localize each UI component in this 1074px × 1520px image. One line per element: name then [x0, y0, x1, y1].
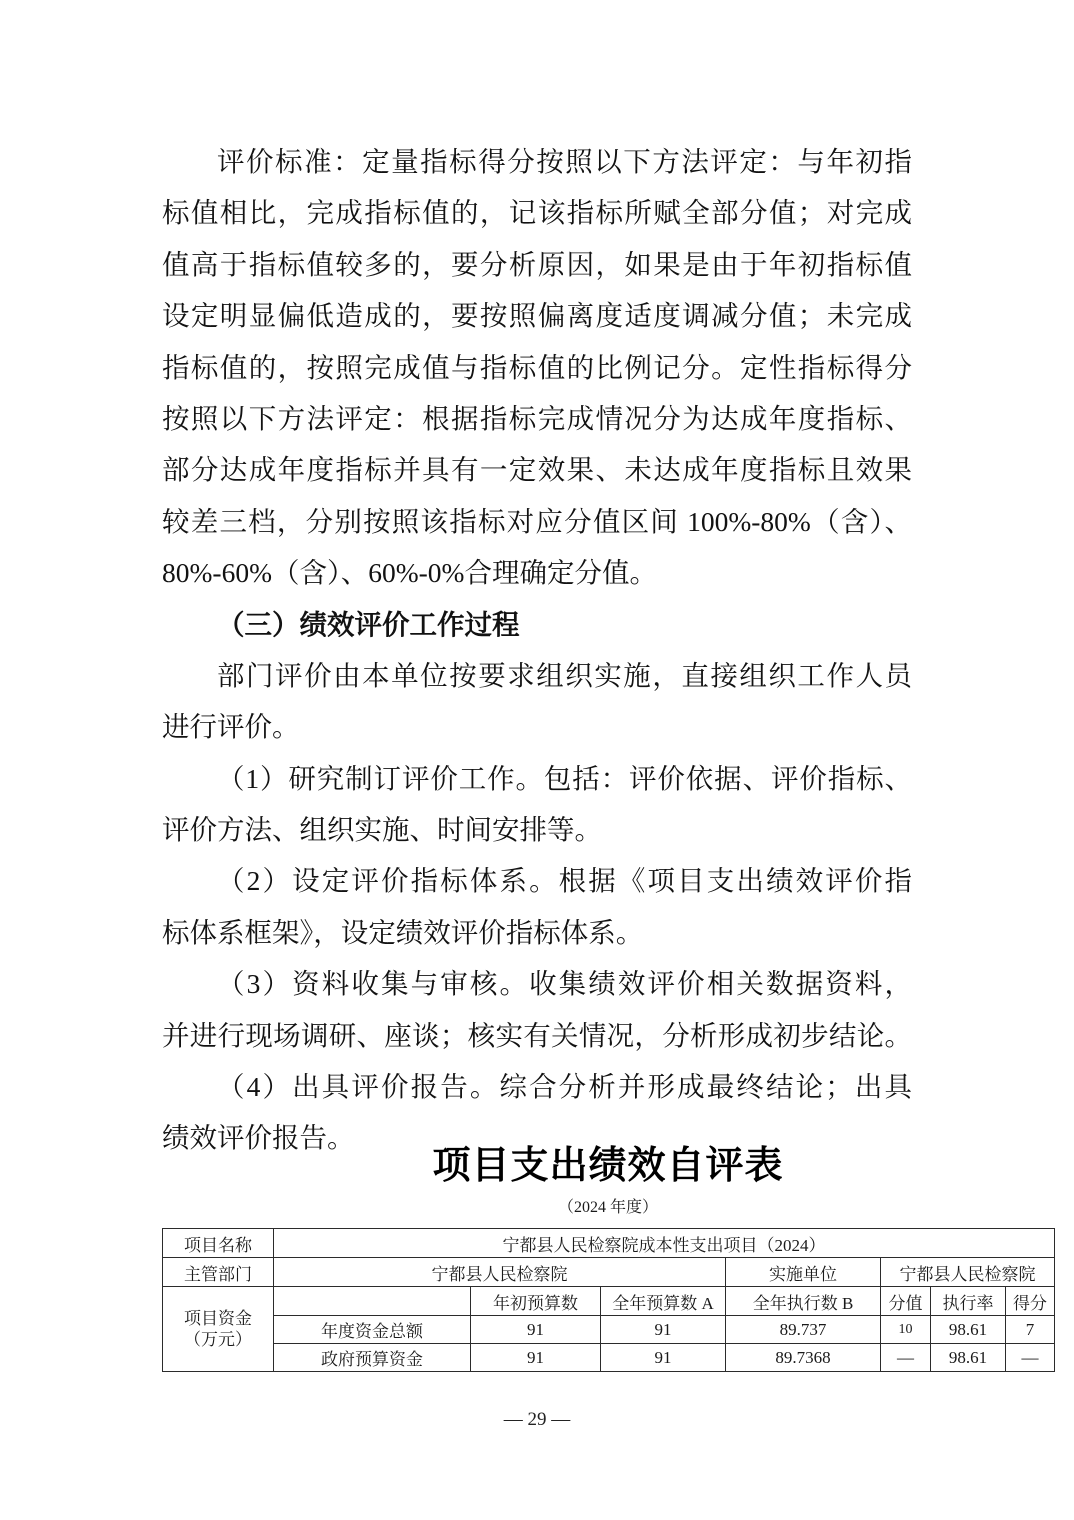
- body-line: 进行评价。: [162, 701, 912, 752]
- header-initial-budget: 年初预算数: [471, 1287, 601, 1316]
- cell-initial-budget: 91: [471, 1344, 601, 1372]
- cell-annual-execution: 89.737: [726, 1316, 881, 1344]
- cell-annual-budget: 91: [601, 1344, 726, 1372]
- body-line: 指标值的，按照完成值与指标值的比例记分。定性指标得分: [162, 342, 912, 393]
- body-line: 设定明显偏低造成的，要按照偏离度适度调减分值；未完成: [162, 290, 912, 341]
- body-line: 较差三档，分别按照该指标对应分值区间 100%-80%（含）、: [162, 496, 912, 547]
- body-line: 部门评价由本单位按要求组织实施，直接组织工作人员: [162, 650, 912, 701]
- header-score: 得分: [1006, 1287, 1055, 1316]
- cell-execution-rate: 98.61: [931, 1344, 1006, 1372]
- funds-label: 项目资金 （万元）: [163, 1287, 274, 1372]
- row-label: 年度资金总额: [274, 1316, 471, 1344]
- funds-label-line2: （万元）: [163, 1329, 273, 1350]
- self-eval-table-period: （2024 年度）: [162, 1199, 1054, 1217]
- impl-unit-label: 实施单位: [726, 1258, 881, 1287]
- body-line: （2）设定评价指标体系。根据《项目支出绩效评价指: [162, 855, 912, 906]
- self-eval-table: 项目名称 宁都县人民检察院成本性支出项目（2024） 主管部门 宁都县人民检察院…: [162, 1228, 1055, 1372]
- cell-score: —: [1006, 1344, 1055, 1372]
- body-line: 部分达成年度指标并具有一定效果、未达成年度指标且效果: [162, 444, 912, 495]
- page-number: — 29 —: [0, 1409, 1074, 1431]
- header-execution-rate: 执行率: [931, 1287, 1006, 1316]
- body-line: 80%-60%（含）、60%-0%合理确定分值。: [162, 547, 912, 598]
- header-annual-execution: 全年执行数 B: [726, 1287, 881, 1316]
- dept-value: 宁都县人民检察院: [274, 1258, 726, 1287]
- cell-initial-budget: 91: [471, 1316, 601, 1344]
- cell-score: 7: [1006, 1316, 1055, 1344]
- body-line: （3）资料收集与审核。收集绩效评价相关数据资料，: [162, 958, 912, 1009]
- impl-unit-value: 宁都县人民检察院: [881, 1258, 1055, 1287]
- dept-label: 主管部门: [163, 1258, 274, 1287]
- cell-execution-rate: 98.61: [931, 1316, 1006, 1344]
- body-line: （1）研究制订评价工作。包括：评价依据、评价指标、: [162, 753, 912, 804]
- table-row: 年度资金总额 91 91 89.737 10 98.61 7: [163, 1316, 1055, 1344]
- cell-annual-budget: 91: [601, 1316, 726, 1344]
- empty-cell: [274, 1287, 471, 1316]
- body-line: 评价标准：定量指标得分按照以下方法评定：与年初指: [162, 136, 912, 187]
- project-name-label: 项目名称: [163, 1229, 274, 1258]
- report-body: 评价标准：定量指标得分按照以下方法评定：与年初指 标值相比，完成指标值的，记该指…: [162, 136, 912, 1164]
- header-annual-budget: 全年预算数 A: [601, 1287, 726, 1316]
- table-row: 项目资金 （万元） 年初预算数 全年预算数 A 全年执行数 B 分值 执行率 得…: [163, 1287, 1055, 1316]
- body-line: 值高于指标值较多的，要分析原因，如果是由于年初指标值: [162, 239, 912, 290]
- cell-annual-execution: 89.7368: [726, 1344, 881, 1372]
- row-label: 政府预算资金: [274, 1344, 471, 1372]
- table-row: 主管部门 宁都县人民检察院 实施单位 宁都县人民检察院: [163, 1258, 1055, 1287]
- table-row: 项目名称 宁都县人民检察院成本性支出项目（2024）: [163, 1229, 1055, 1258]
- body-line: 按照以下方法评定：根据指标完成情况分为达成年度指标、: [162, 393, 912, 444]
- self-eval-table-title: 项目支出绩效自评表: [162, 1146, 1054, 1186]
- body-line: （4）出具评价报告。综合分析并形成最终结论；出具: [162, 1061, 912, 1112]
- funds-label-line1: 项目资金: [163, 1308, 273, 1329]
- body-line: 标体系框架》，设定绩效评价指标体系。: [162, 907, 912, 958]
- cell-score-weight: —: [881, 1344, 931, 1372]
- body-line: 标值相比，完成指标值的，记该指标所赋全部分值；对完成: [162, 187, 912, 238]
- project-name-value: 宁都县人民检察院成本性支出项目（2024）: [274, 1229, 1055, 1258]
- body-line: 评价方法、组织实施、时间安排等。: [162, 804, 912, 855]
- cell-score-weight: 10: [881, 1316, 931, 1344]
- table-row: 政府预算资金 91 91 89.7368 — 98.61 —: [163, 1344, 1055, 1372]
- document-page: 评价标准：定量指标得分按照以下方法评定：与年初指 标值相比，完成指标值的，记该指…: [0, 0, 1074, 1520]
- section-heading: （三）绩效评价工作过程: [162, 599, 912, 650]
- header-score-weight: 分值: [881, 1287, 931, 1316]
- body-line: 并进行现场调研、座谈；核实有关情况，分析形成初步结论。: [162, 1010, 912, 1061]
- self-eval-section: 项目支出绩效自评表 （2024 年度） 项目名称 宁都县人民检察院成本性支出项目…: [162, 1146, 1054, 1372]
